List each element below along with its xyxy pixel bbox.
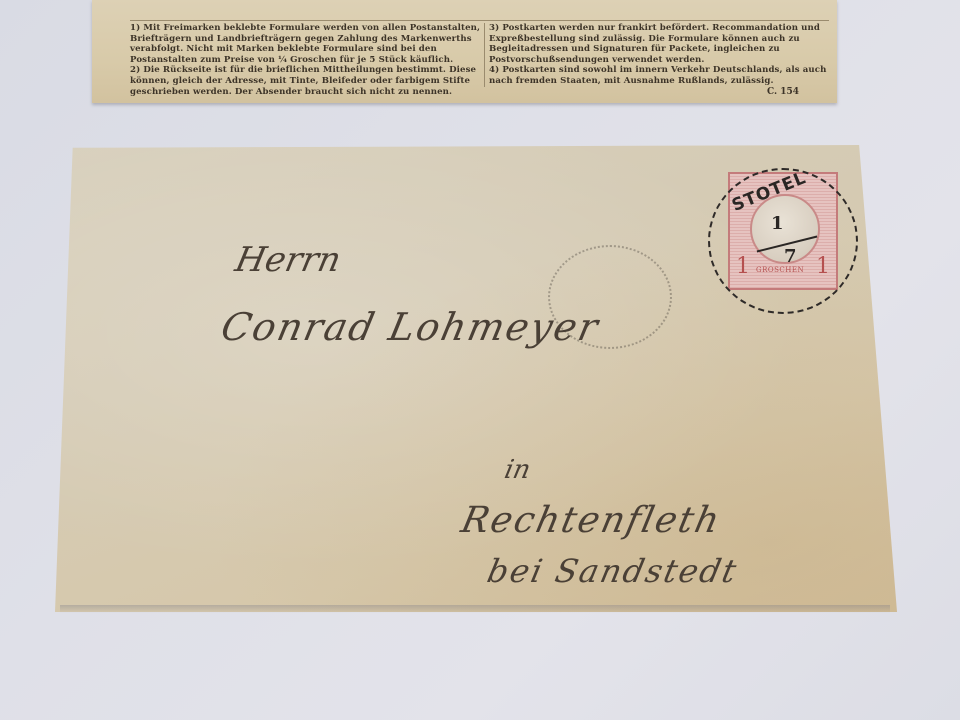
card-rule-2: 2) Die Rückseite ist für die brieflichen… [130, 65, 482, 97]
card-left-column: 1) Mit Freimarken beklebte Formulare wer… [130, 23, 482, 97]
form-code: C. 154 [767, 87, 799, 97]
card-top-rule [130, 20, 829, 21]
postcard-instructions-strip: 1) Mit Freimarken beklebte Formulare wer… [92, 0, 837, 103]
card-rule-3: 3) Postkarten werden nur frankirt beförd… [489, 23, 829, 65]
card-rule-1: 1) Mit Freimarken beklebte Formulare wer… [130, 23, 482, 65]
postmark-month: 7 [784, 246, 797, 267]
address-near: bei Sandstedt [484, 552, 742, 590]
address-name: Conrad Lohmeyer [217, 305, 603, 349]
envelope-shadow [60, 605, 890, 613]
postmark-day: 1 [771, 213, 784, 234]
card-rule-4: 4) Postkarten sind sowohl im innern Verk… [489, 65, 829, 86]
card-right-column: 3) Postkarten werden nur frankirt beförd… [484, 23, 829, 87]
address-place: Rechtenfleth [458, 500, 725, 541]
address-salutation: Herrn [232, 240, 345, 280]
